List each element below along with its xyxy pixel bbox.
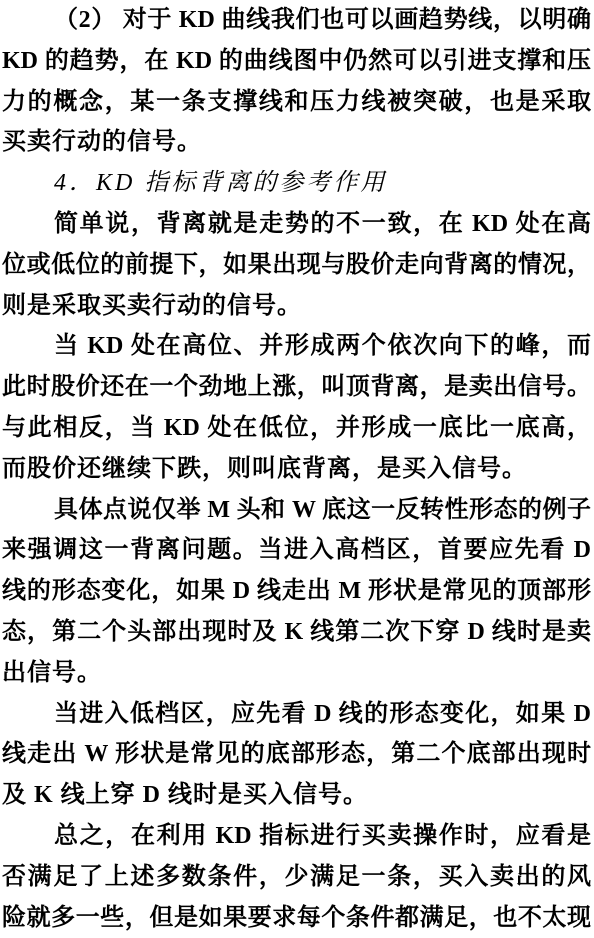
- text-line: 位或低位的前提下，如果出现与股价走向背离的情况，: [2, 245, 591, 286]
- text-line: KD 的趋势，在 KD 的曲线图中仍然可以引进支撑和压: [2, 41, 591, 82]
- text-line: 当 KD 处在高位、并形成两个依次向下的峰，而: [2, 326, 591, 367]
- text-line: 线走出 W 形状是常见的底部形态，第二个底部出现时: [2, 734, 591, 775]
- text-line: 及 K 线上穿 D 线时是买入信号。: [2, 775, 591, 816]
- text-line: 否满足了上述多数条件，少满足一条，买入卖出的风: [2, 857, 591, 898]
- text-line: 线的形态变化，如果 D 线走出 M 形状是常见的顶部形: [2, 571, 591, 612]
- book-page: （2） 对于 KD 曲线我们也可以画趋势线，以明确KD 的趋势，在 KD 的曲线…: [0, 0, 594, 938]
- text-column: （2） 对于 KD 曲线我们也可以画趋势线，以明确KD 的趋势，在 KD 的曲线…: [2, 0, 591, 938]
- text-line: 与此相反，当 KD 处在低位，并形成一底比一底高，: [2, 408, 591, 449]
- text-line: 具体点说仅举 M 头和 W 底这一反转性形态的例子: [2, 490, 591, 531]
- text-line: （2） 对于 KD 曲线我们也可以画趋势线，以明确: [2, 0, 591, 41]
- text-line: 则是采取买卖行动的信号。: [2, 286, 591, 327]
- section-heading: 4．KD 指标背离的参考作用: [2, 163, 591, 204]
- text-line: 当进入低档区，应先看 D 线的形态变化，如果 D: [2, 694, 591, 735]
- text-line: 简单说，背离就是走势的不一致，在 KD 处在高: [2, 204, 591, 245]
- text-line: 而股价还继续下跌，则叫底背离，是买入信号。: [2, 449, 591, 490]
- text-line: 力的概念，某一条支撑线和压力线被突破，也是采取: [2, 82, 591, 123]
- text-line: 总之，在利用 KD 指标进行买卖操作时，应看是: [2, 816, 591, 857]
- text-line: 态，第二个头部出现时及 K 线第二次下穿 D 线时是卖: [2, 612, 591, 653]
- text-line: 险就多一些，但是如果要求每个条件都满足，也不太现: [2, 898, 591, 938]
- text-line: 买卖行动的信号。: [2, 122, 591, 163]
- text-line: 出信号。: [2, 653, 591, 694]
- text-line: 来强调这一背离问题。当进入高档区，首要应先看 D: [2, 530, 591, 571]
- text-line: 此时股价还在一个劲地上涨，叫顶背离，是卖出信号。: [2, 367, 591, 408]
